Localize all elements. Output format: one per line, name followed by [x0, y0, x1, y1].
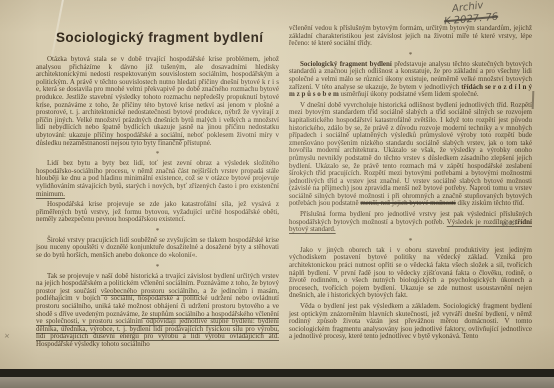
text-segment: Hospodářská krise projevuje se zde jako … [36, 200, 279, 223]
text-segment: k r i s e [36, 78, 279, 94]
paragraph-separator: * [289, 237, 532, 245]
text-segment: V dnešní době vyvrcholuje historická odl… [289, 101, 532, 208]
text-segment: Sociologický fragment bydlení [300, 60, 392, 68]
paragraph: Hospodářská krise projevuje se zde jako … [36, 201, 279, 224]
paragraph: Otázka bytová stala se v době trvající h… [36, 56, 279, 147]
paragraph-separator: * [36, 227, 279, 235]
text-segment: díky ziskům těchto tříd. [456, 199, 524, 207]
text-segment: neboť poklesem životní míry v důsledku n… [36, 131, 279, 147]
text-segment: třídní [515, 218, 532, 226]
paragraph: Tak se projevuje v naší době historická … [36, 273, 279, 349]
text-segment: Hospodářské výsledky tohoto sociálního [36, 340, 150, 348]
text-segment: menší, než jejich bytové možnosti [360, 199, 455, 207]
text-segment: Jako v jiných oborech tak i v oboru stav… [289, 246, 532, 300]
text-segment: všeobecného prostoru sociálního, [101, 287, 199, 295]
text-segment: Lidí bez bytu a byty bez lidí, toť jest … [36, 159, 279, 190]
right-column: včlenění vedou k příslušným bytovým form… [289, 25, 532, 344]
text-segment: , která se dostavila pro mnohé velmi pře… [36, 85, 279, 139]
text-segment: Široké vrstvy pracujících lidí souběžně … [36, 236, 279, 259]
text-segment [491, 83, 493, 91]
text-segment: minimum. [36, 190, 65, 198]
text-segment: včlenění vedou k příslušným bytovým form… [289, 24, 532, 47]
paragraph-separator: * [36, 150, 279, 158]
text-segment: Tak se projevuje v naší době historická … [36, 272, 279, 295]
text-segment: představuje analysu těchto skutečných by… [289, 60, 532, 91]
paragraph: včlenění vedou k příslušným bytovým form… [289, 25, 532, 48]
handwritten-archive-number: K 2027. 76 [444, 12, 499, 28]
paragraph: Lidí bez bytu a byty bez lidí, toť jest … [36, 160, 279, 198]
handwritten-archive-note: Archiv [451, 0, 484, 15]
text-segment: Příslušná forma bydlení pro jednotlivé v… [289, 210, 532, 226]
handwritten-correction: větší [501, 219, 517, 228]
text-segment: ukazuje příčiny hospodářské a sociální, [69, 131, 184, 139]
text-segment: r o z d í l n ý m z p ů s o b e m [289, 83, 532, 99]
paragraph: Příslušná forma bydlení pro jednotlivé v… [289, 211, 532, 234]
paragraph: Široké vrstvy pracujících lidí souběžně … [36, 237, 279, 260]
text-segment: že stupňům sociálního a hospodářského vč… [36, 310, 279, 341]
text-segment: třídách se [461, 83, 491, 91]
pencil-margin-mark: × [3, 332, 10, 341]
paragraph: V dnešní době vyvrcholuje historická odl… [289, 102, 532, 208]
page-title: Sociologický fragment bydlení [56, 30, 263, 45]
paper-crease [41, 0, 65, 109]
text-segment: Výsledek je rozdílný a [447, 218, 515, 226]
paper-sheet: Sociologický fragment bydlení Otázka byt… [0, 0, 554, 369]
paragraph-separator: * [36, 263, 279, 271]
text-segment: Otázka bytová stala se v době trvající h… [36, 55, 279, 86]
sheet-edge-shadow [0, 369, 554, 377]
text-segment: Věda o bydlení jest pak výsledkem a zákl… [289, 302, 532, 340]
paragraph: Sociologický fragment bydlení představuj… [289, 61, 532, 99]
scanned-document: Sociologický fragment bydlení Otázka byt… [0, 0, 554, 388]
table-surface [0, 377, 554, 388]
paragraph-separator: * [289, 51, 532, 59]
pencil-margin-line [532, 91, 534, 109]
left-column: Otázka bytová stala se v době trvající h… [36, 56, 279, 352]
paragraph: Věda o bydlení jest pak výsledkem a zákl… [289, 303, 532, 341]
text-segment: bytový standard. [289, 225, 336, 233]
text-segment: a že jedincům i masám, podléhajícím v bo… [36, 287, 279, 318]
paragraph: Jako v jiných oborech tak i v oboru stav… [289, 247, 532, 300]
text-segment: usměrňují úkony podstatné všem lidem spo… [339, 90, 479, 98]
